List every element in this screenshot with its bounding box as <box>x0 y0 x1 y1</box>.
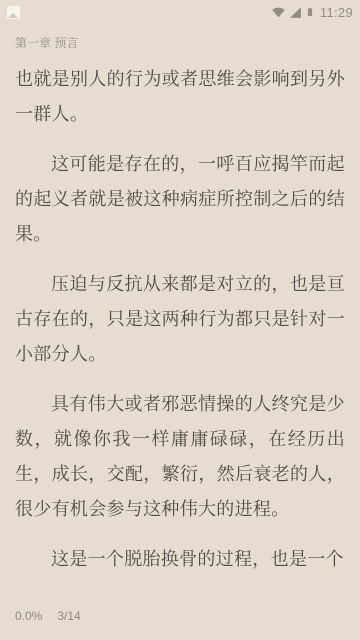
reader-footer: 0.0% 3/14 <box>15 609 81 623</box>
cellular-signal-icon <box>289 6 302 19</box>
paragraph: 这是一个脱胎换骨的过程，也是一个 <box>15 542 345 577</box>
progress-percent: 0.0% <box>15 609 42 623</box>
status-bar-right: 11:29 <box>271 5 353 20</box>
status-bar: 11:29 <box>0 0 360 24</box>
paragraph: 也就是别人的行为或者思维会影响到另外一群人。 <box>15 62 345 132</box>
reader-screen: 11:29 第一章 预言 也就是别人的行为或者思维会影响到另外一群人。 这可能是… <box>0 0 360 640</box>
reading-area[interactable]: 也就是别人的行为或者思维会影响到另外一群人。 这可能是存在的，一呼百应揭竿而起的… <box>15 62 345 577</box>
chapter-title: 第一章 预言 <box>15 36 345 50</box>
paragraph: 这可能是存在的，一呼百应揭竿而起的起义者就是被这种病症所控制之后的结果。 <box>15 147 345 252</box>
image-notification-icon <box>7 6 20 19</box>
wifi-icon <box>271 6 286 19</box>
page-indicator: 3/14 <box>57 609 80 623</box>
status-time: 11:29 <box>320 5 353 20</box>
paragraph: 压迫与反抗从来都是对立的，也是亘古存在的，只是这两种行为都只是针对一小部分人。 <box>15 267 345 372</box>
battery-icon <box>305 5 315 19</box>
paragraph: 具有伟大或者邪恶情操的人终究是少数，就像你我一样庸庸碌碌，在经历出生，成长，交配… <box>15 387 345 527</box>
